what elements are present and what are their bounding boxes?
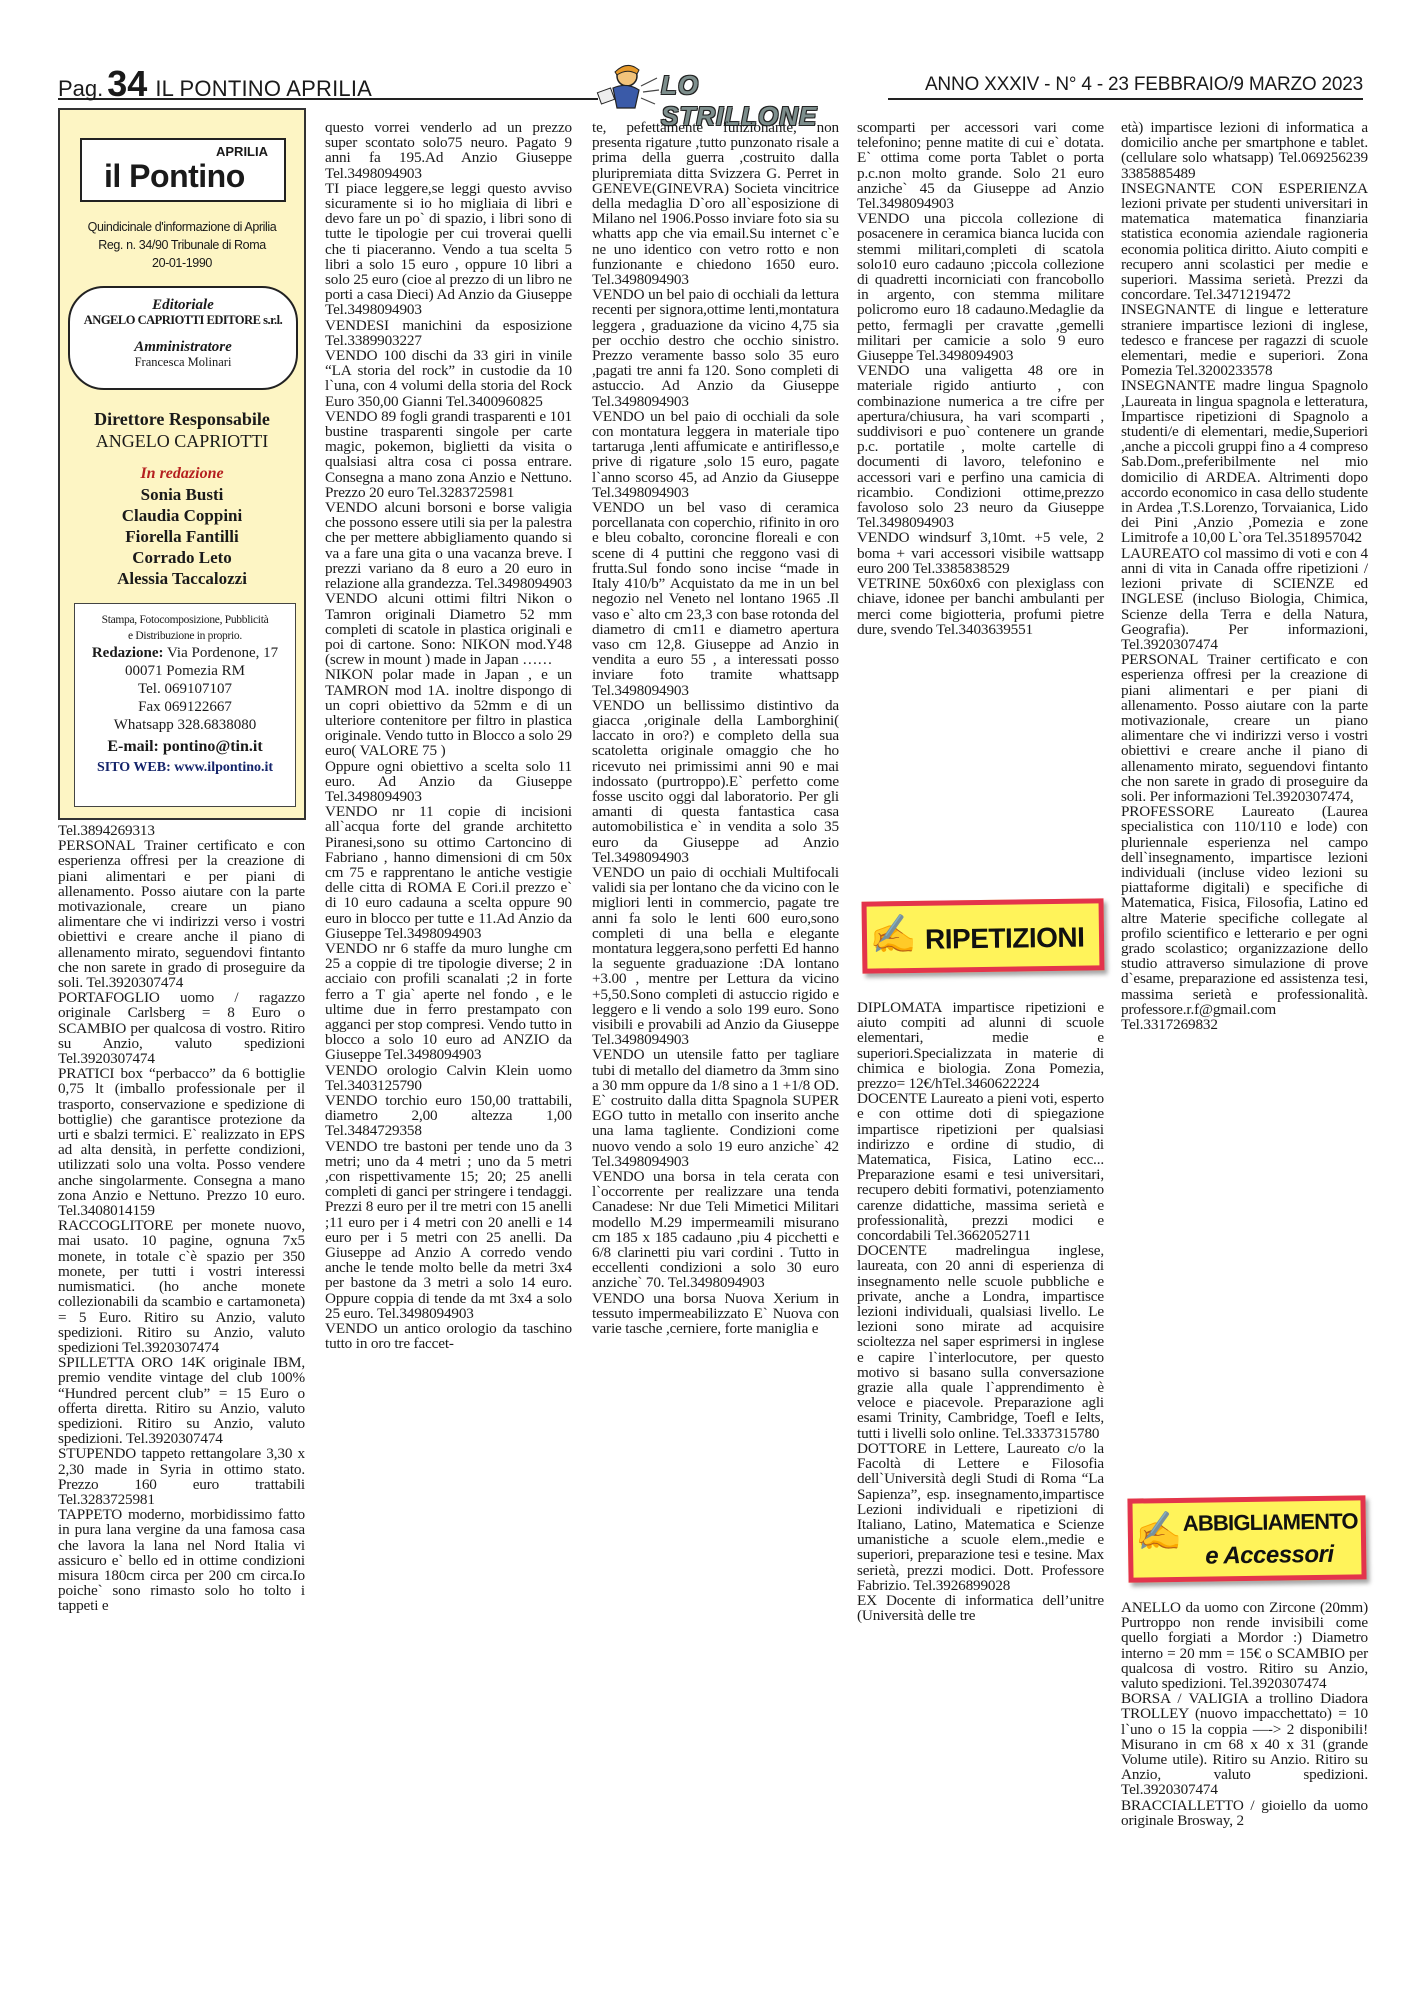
classified-ad: VENDO un bel paio di occhiali da lettura… — [592, 287, 839, 409]
classified-ad: PERSONAL Trainer certificato e con esper… — [58, 838, 305, 990]
classified-ad: Tel.3894269313 — [58, 823, 305, 838]
classified-ad: VENDO una borsa in tela cerata con l`occ… — [592, 1169, 839, 1291]
classified-ad: STUPENDO tappeto rettangolare 3,30 x 2,3… — [58, 1446, 305, 1507]
classifieds-column-2: questo vorrei venderlo ad un prezzo supe… — [325, 120, 572, 1351]
classified-ad: VENDO una borsa Nuova Xerium in tessuto … — [592, 1291, 839, 1337]
classified-ad: questo vorrei venderlo ad un prezzo supe… — [325, 120, 572, 181]
address-line: 00071 Pomezia RM — [75, 662, 295, 680]
classified-ad: RACCOGLITORE per monete nuovo, mai usato… — [58, 1218, 305, 1355]
classified-ad: VENDO nr 6 staffe da muro lunghe cm 25 a… — [325, 941, 572, 1063]
section-banner-abbigliamento: ✍ ABBIGLIAMENTO e Accessori — [1127, 1495, 1366, 1582]
classified-ad: TI piace leggere,se leggi questo avviso … — [325, 181, 572, 318]
classified-ad: PRATICI box “perbacco” da 6 bottiglie 0,… — [58, 1066, 305, 1218]
classified-ad: VENDO orologio Calvin Klein uomo Tel.340… — [325, 1063, 572, 1093]
admin-label: Amministratore — [70, 340, 296, 355]
classified-ad: DOCENTE Laureato a pieni voti, esperto e… — [857, 1091, 1104, 1243]
staff-member: Claudia Coppini — [60, 505, 304, 526]
classified-ad: LAUREATO col massimo di voti e con 4 ann… — [1121, 546, 1368, 652]
classified-ad: te, pefettamente funzionante, non presen… — [592, 120, 839, 287]
classified-ad: ANELLO da uomo con Zircone (20mm) Purtro… — [1121, 1600, 1368, 1691]
classified-ad: VENDO una piccola collezione di posacene… — [857, 211, 1104, 363]
staff-member: Corrado Leto — [60, 547, 304, 568]
classifieds-column-3: te, pefettamente funzionante, non presen… — [592, 120, 839, 1336]
info-line: 20-01-1990 — [60, 254, 304, 272]
phone: Tel. 069107107 — [75, 680, 295, 698]
issue-info: ANNO XXXIV - N° 4 - 23 FEBBRAIO/9 MARZO … — [888, 70, 1363, 100]
classified-ad: VENDO un bel paio di occhiali da sole co… — [592, 409, 839, 500]
classified-ad: PERSONAL Trainer certificato e con esper… — [1121, 652, 1368, 804]
classified-ad: VENDO torchio euro 150,00 trattabili, di… — [325, 1093, 572, 1139]
header-left: Pag.34IL PONTINO APRILIA — [58, 70, 598, 100]
office-label: Redazione: — [92, 645, 164, 661]
staff-member: Sonia Busti — [60, 484, 304, 505]
classified-ad: INSEGNANTE madre lingua Spagnolo ,Laurea… — [1121, 378, 1368, 545]
cartoon-mascot-icon: ✍ — [869, 910, 918, 961]
info-line: Quindicinale d'informazione di Aprilia — [60, 218, 304, 236]
classified-ad: VENDO un paio di occhiali Multifocali va… — [592, 865, 839, 1047]
contact-box: Stampa, Fotocomposizione, Pubblicità e D… — [74, 603, 296, 807]
classified-ad: BRACCIALLETTO / gioiello da uomo origina… — [1121, 1798, 1368, 1828]
staff-block: In redazione Sonia Busti Claudia Coppini… — [60, 464, 304, 589]
classified-ad: Oppure ogni obiettivo a scelta solo 11 e… — [325, 759, 572, 805]
fax: Fax 069122667 — [75, 698, 295, 716]
publisher-name: ANGELO CAPRIOTTI EDITORE s.r.l. — [70, 313, 296, 328]
registration-info: Quindicinale d'informazione di Aprilia R… — [60, 218, 304, 272]
classified-ad: VENDO un antico orologio da taschino tut… — [325, 1321, 572, 1351]
email-link[interactable]: E-mail: pontino@tin.it — [75, 736, 295, 758]
section-title: RIPETIZIONI — [925, 922, 1085, 956]
classified-ad: VENDO nr 11 copie di incisioni all`acqua… — [325, 804, 572, 941]
classified-ad: VENDO alcuni borsoni e borse valigia che… — [325, 500, 572, 591]
info-line: Reg. n. 34/90 Tribunale di Roma — [60, 236, 304, 254]
services-line: Stampa, Fotocomposizione, Pubblicità — [75, 612, 295, 628]
cartoon-mascot-icon: ✍ — [1135, 1507, 1184, 1558]
classified-ad: VENDO 100 dischi da 33 giri in vinile “L… — [325, 348, 572, 409]
classified-ad: DOTTORE in Lettere, Laureato c/o la Faco… — [857, 1441, 1104, 1593]
classified-ad: BORSA / VALIGIA a trollino Diadora TROLL… — [1121, 1691, 1368, 1797]
masthead-name: il Pontino — [104, 158, 245, 195]
classified-ad: PROFESSORE Laureato (Laurea specialistic… — [1121, 804, 1368, 1032]
masthead-title: APRILIA il Pontino — [80, 138, 286, 202]
publisher-oval: Editoriale ANGELO CAPRIOTTI EDITORE s.r.… — [68, 286, 298, 390]
director-block: Direttore Responsabile ANGELO CAPRIOTTI — [60, 408, 304, 452]
classified-ad: VENDO un bel vaso di ceramica porcellana… — [592, 500, 839, 698]
page-prefix: Pag. — [58, 76, 103, 101]
section-banner-ripetizioni: ✍ RIPETIZIONI — [862, 898, 1105, 973]
staff-label: In redazione — [60, 464, 304, 484]
classified-ad: EX Docente di informatica dell’unitre (U… — [857, 1593, 1104, 1623]
classifieds-column-4: scomparti per accessori vari come telefo… — [857, 120, 1104, 637]
services-line: e Distribuzione in proprio. — [75, 628, 295, 644]
address-line: Via Pordenone, 17 — [167, 645, 278, 661]
classified-ad: VENDO tre bastoni per tende uno da 3 met… — [325, 1139, 572, 1321]
staff-member: Fiorella Fantilli — [60, 526, 304, 547]
director-label: Direttore Responsabile — [60, 408, 304, 430]
classified-ad: VENDO un bellissimo distintivo da giacca… — [592, 698, 839, 865]
classified-ad: VENDO un utensile fatto per tagliare tub… — [592, 1047, 839, 1169]
classified-ad: SPILLETTA ORO 14K originale IBM, premio … — [58, 1355, 305, 1446]
publication-title: IL PONTINO APRILIA — [155, 76, 372, 101]
admin-name: Francesca Molinari — [70, 355, 296, 370]
page-number: 34 — [107, 63, 147, 104]
classified-ad: VENDO 89 fogli grandi trasparenti e 101 … — [325, 409, 572, 500]
director-name: ANGELO CAPRIOTTI — [60, 430, 304, 452]
classified-ad: INSEGNANTE CON ESPERIENZA lezioni privat… — [1121, 181, 1368, 303]
classified-ad: VENDO una valigetta 48 ore in materiale … — [857, 363, 1104, 530]
classified-ad: DOCENTE madrelingua inglese, laureata, c… — [857, 1243, 1104, 1441]
editorial-label: Editoriale — [70, 298, 296, 313]
whatsapp: Whatsapp 328.6838080 — [75, 716, 295, 734]
classified-ad: VENDO alcuni ottimi filtri Nikon o Tamro… — [325, 591, 572, 667]
classified-ad: VENDESI manichini da esposizione Tel.338… — [325, 318, 572, 348]
classified-ad: NIKON polar made in Japan , e un TAMRON … — [325, 667, 572, 758]
classified-ad: INSEGNANTE di lingue e letterature stran… — [1121, 302, 1368, 378]
classified-ad: scomparti per accessori vari come telefo… — [857, 120, 1104, 211]
newsboy-icon — [593, 60, 663, 112]
staff-member: Alessia Taccalozzi — [60, 568, 304, 589]
section-title: ABBIGLIAMENTO — [1183, 1508, 1358, 1536]
masthead-box: APRILIA il Pontino Quindicinale d'inform… — [58, 108, 306, 820]
classified-ad: VENDO windsurf 3,10mt. +5 vele, 2 boma +… — [857, 530, 1104, 576]
masthead-city: APRILIA — [216, 144, 268, 159]
abbigliamento-column: ANELLO da uomo con Zircone (20mm) Purtro… — [1121, 1600, 1368, 1828]
classifieds-column-5: età) impartisce lezioni di informatica a… — [1121, 120, 1368, 1032]
website-link[interactable]: SITO WEB: www.ilpontino.it — [75, 758, 295, 778]
classified-ad: PORTAFOGLIO uomo / ragazzo originale Car… — [58, 990, 305, 1066]
classifieds-column-1: Tel.3894269313 PERSONAL Trainer certific… — [58, 823, 305, 1614]
ripetizioni-column: DIPLOMATA impartisce ripetizioni e aiuto… — [857, 1000, 1104, 1623]
lo-strillone-logo: LO STRILLONE — [593, 60, 833, 112]
classified-ad: VETRINE 50x60x6 con plexiglass con chiav… — [857, 576, 1104, 637]
classified-ad: TAPPETO moderno, morbidissimo fatto in p… — [58, 1507, 305, 1613]
classified-ad: DIPLOMATA impartisce ripetizioni e aiuto… — [857, 1000, 1104, 1091]
classified-ad: età) impartisce lezioni di informatica a… — [1121, 120, 1368, 181]
section-subtitle: e Accessori — [1205, 1541, 1334, 1571]
